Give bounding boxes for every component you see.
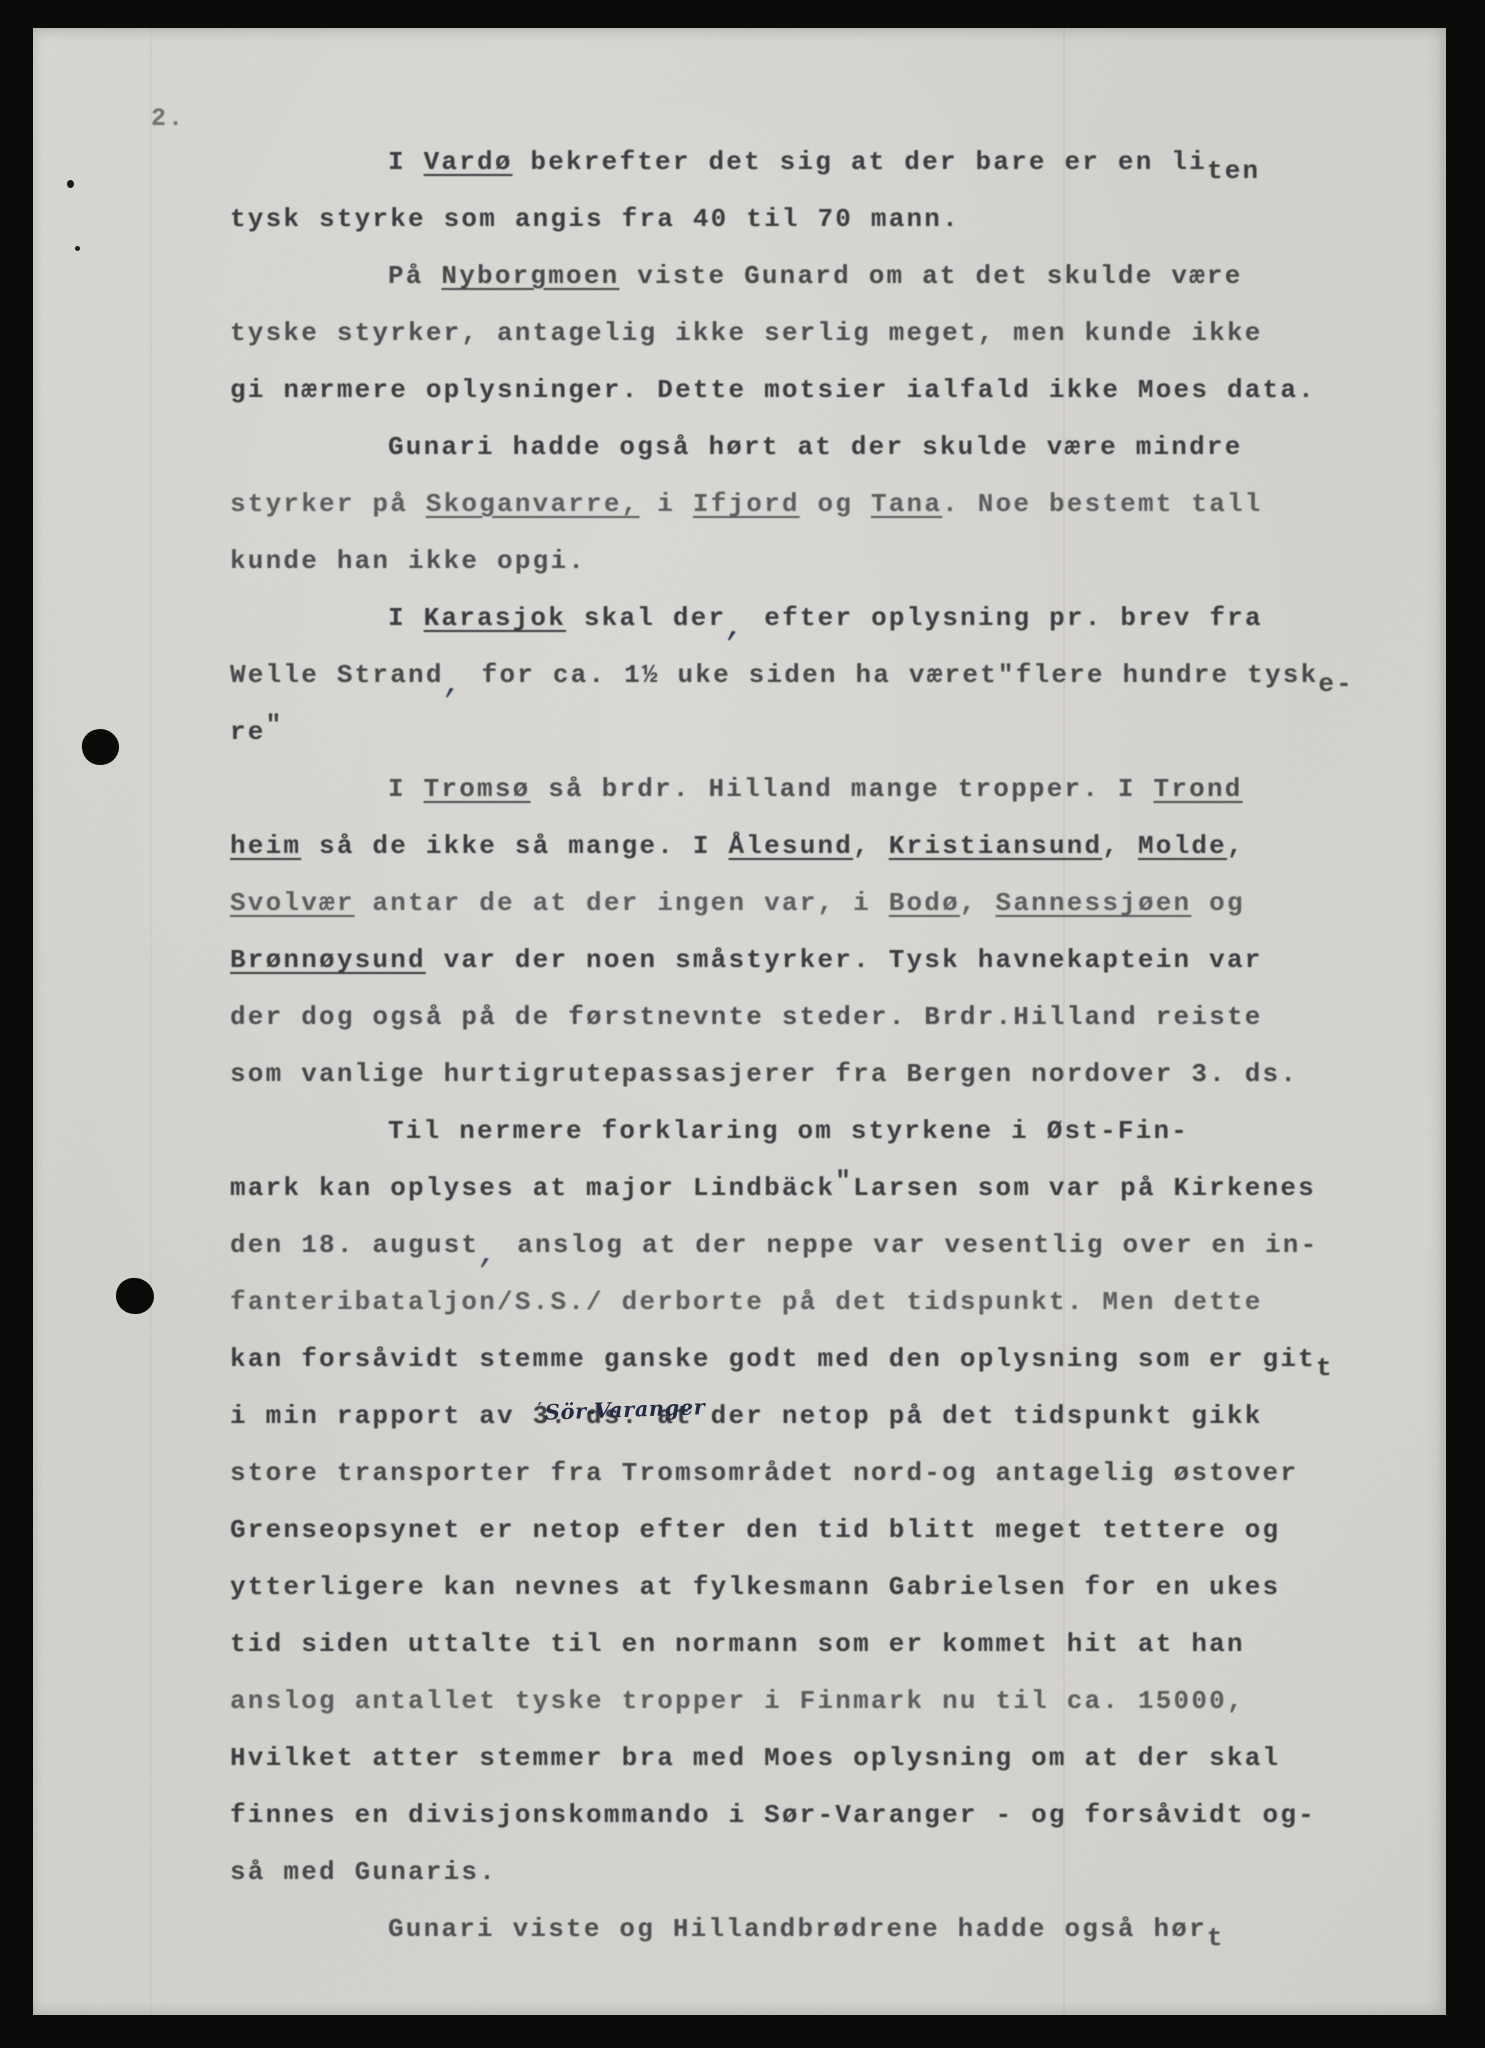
underlined-text: Skoganvarre, (426, 489, 640, 519)
document-body: I Vardø bekrefter det sig at der bare er… (230, 134, 1380, 1958)
ink-speck (75, 246, 80, 251)
hole-punch-top (80, 727, 122, 768)
text-segment: tyske styrker, antagelig ikke serlig meg… (230, 318, 1263, 348)
text-line: store transporter fra Tromsområdet nord-… (230, 1445, 1380, 1502)
underlined-text: Tromsø (424, 774, 531, 804)
page-number: 2. (151, 104, 185, 133)
text-line: Gunari hadde også hørt at der skulde vær… (230, 419, 1380, 476)
text-segment: t (1316, 1340, 1334, 1397)
text-line: ytterligere kan nevnes at fylkesmann Gab… (230, 1559, 1380, 1616)
paper-crease-left (150, 28, 152, 2015)
text-line: tyske styrker, antagelig ikke serlig meg… (230, 305, 1380, 362)
text-segment: I (388, 603, 424, 633)
insertion-mark-icon: ′ (538, 1399, 543, 1418)
text-segment: " (266, 697, 284, 754)
text-segment: På (388, 261, 441, 291)
text-line: i min rapport av 3. ds. at der netop på … (230, 1388, 1380, 1445)
text-segment: gi nærmere oplysninger. Dette motsier ia… (230, 375, 1316, 405)
text-segment: i (639, 489, 692, 519)
text-line: Brønnøysund var der noen småstyrker. Tys… (230, 932, 1380, 989)
text-segment: viste Gunard om at det skulde være (619, 261, 1242, 291)
text-segment: efter oplysning pr. brev fra (746, 603, 1262, 633)
underlined-text: Kristiansund (889, 831, 1103, 861)
text-segment: I (388, 774, 424, 804)
text-segment: så brdr. Hilland mange tropper. I (530, 774, 1153, 804)
text-line: I Tromsø så brdr. Hilland mange tropper.… (230, 761, 1380, 818)
text-segment: Welle Strand (230, 660, 444, 690)
text-line: Svolvær antar de at der ingen var, i Bod… (230, 875, 1380, 932)
text-line: finnes en divisjonskommando i Sør-Varang… (230, 1787, 1380, 1844)
underlined-text: Ifjord (693, 489, 800, 519)
underlined-text: Tana (871, 489, 942, 519)
text-segment: Gunari hadde også hørt at der skulde vær… (388, 432, 1243, 462)
text-segment: Larsen som var på Kirkenes (853, 1173, 1316, 1203)
text-line: Welle Strand, for ca. 1½ uke siden ha væ… (230, 647, 1380, 704)
text-segment: og (800, 489, 871, 519)
text-segment: anslog at der neppe var vesentlig over e… (499, 1230, 1318, 1260)
text-line: I Karasjok skal der, efter oplysning pr.… (230, 590, 1380, 647)
text-line: styrker på Skoganvarre, i Ifjord og Tana… (230, 476, 1380, 533)
text-line: Til nermere forklaring om styrkene i Øst… (230, 1103, 1380, 1160)
underlined-text: heim (230, 831, 301, 861)
underlined-text: Bodø (889, 888, 960, 918)
text-segment: e- (1318, 656, 1354, 713)
text-segment: kunde han ikke opgi. (230, 546, 586, 576)
text-segment: anslog antallet tyske tropper i Finmark … (230, 1686, 1245, 1716)
text-segment: fanteribataljon/S.S./ derborte på det ti… (230, 1287, 1263, 1317)
text-line: I Vardø bekrefter det sig at der bare er… (230, 134, 1380, 191)
text-line: mark kan oplyses at major Lindbäck"Larse… (230, 1160, 1380, 1217)
underlined-text: Brønnøysund (230, 945, 426, 975)
paper-sheet: 2. I Vardø bekrefter det sig at der bare… (33, 28, 1446, 2015)
text-segment: tid siden uttalte til en normann som er … (230, 1629, 1245, 1659)
underlined-text: Ålesund (728, 831, 853, 861)
text-segment: Til nermere forklaring om styrkene i Øst… (388, 1116, 1189, 1146)
text-segment: finnes en divisjonskommando i Sør-Varang… (230, 1800, 1316, 1830)
text-line: Grenseopsynet er netop efter den tid bli… (230, 1502, 1380, 1559)
text-segment: " (835, 1153, 853, 1210)
text-segment: tysk styrke som angis fra 40 til 70 mann… (230, 204, 960, 234)
text-segment: Gunari viste og Hillandbrødrene hadde og… (388, 1914, 1207, 1944)
underlined-text: Sannessjøen (996, 888, 1192, 918)
text-line: gi nærmere oplysninger. Dette motsier ia… (230, 362, 1380, 419)
text-segment: der dog også på de førstnevnte steder. B… (230, 1002, 1263, 1032)
text-segment: . Noe bestemt tall (942, 489, 1262, 519)
text-segment: t (1207, 1910, 1225, 1967)
text-segment: for ca. 1½ uke siden ha været"flere hund… (464, 660, 1319, 690)
text-line: så med Gunaris. (230, 1844, 1380, 1901)
text-segment: mark kan oplyses at major Lindbäck (230, 1173, 835, 1203)
text-segment: , (1102, 831, 1138, 861)
scan-background: 2. I Vardø bekrefter det sig at der bare… (0, 0, 1485, 2048)
text-line: Gunari viste og Hillandbrødrene hadde og… (230, 1901, 1380, 1958)
text-segment: ten (1207, 143, 1260, 200)
text-segment: i min rapport av 3. ds. at der netop på … (230, 1401, 1263, 1431)
text-segment: som vanlige hurtigrutepassasjerer fra Be… (230, 1059, 1298, 1089)
underlined-text: Svolvær (230, 888, 355, 918)
text-line: anslog antallet tyske tropper i Finmark … (230, 1673, 1380, 1730)
text-segment: så med Gunaris. (230, 1857, 497, 1887)
text-segment: Grenseopsynet er netop efter den tid bli… (230, 1515, 1280, 1545)
text-segment: , (853, 831, 889, 861)
underlined-text: Molde (1138, 831, 1227, 861)
text-segment: var der noen småstyrker. Tysk havnekapte… (426, 945, 1263, 975)
text-line: kunde han ikke opgi. (230, 533, 1380, 590)
text-segment: re (230, 717, 266, 747)
text-line: re" (230, 704, 1380, 761)
underlined-text: Nyborgmoen (441, 261, 619, 291)
text-segment: styrker på (230, 489, 426, 519)
text-segment: ytterligere kan nevnes at fylkesmann Gab… (230, 1572, 1280, 1602)
text-segment: bekrefter det sig at der bare er en li (513, 147, 1207, 177)
text-line: heim så de ikke så mange. I Ålesund, Kri… (230, 818, 1380, 875)
underlined-text: Vardø (424, 147, 513, 177)
text-segment: så de ikke så mange. I (301, 831, 728, 861)
text-line: som vanlige hurtigrutepassasjerer fra Be… (230, 1046, 1380, 1103)
text-segment: , (1227, 831, 1245, 861)
text-line: kan forsåvidt stemme ganske godt med den… (230, 1331, 1380, 1388)
text-line: der dog også på de førstnevnte steder. B… (230, 989, 1380, 1046)
text-segment: , (960, 888, 996, 918)
text-segment: den 18. august (230, 1230, 479, 1260)
ink-speck (67, 180, 74, 188)
underlined-text: Trond (1154, 774, 1243, 804)
text-segment: skal der (566, 603, 726, 633)
text-line: fanteribataljon/S.S./ derborte på det ti… (230, 1274, 1380, 1331)
text-segment: Hvilket atter stemmer bra med Moes oplys… (230, 1743, 1280, 1773)
text-segment: antar de at der ingen var, i (355, 888, 889, 918)
text-segment: I (388, 147, 424, 177)
text-line: På Nyborgmoen viste Gunard om at det sku… (230, 248, 1380, 305)
text-segment: store transporter fra Tromsområdet nord-… (230, 1458, 1298, 1488)
text-segment: kan forsåvidt stemme ganske godt med den… (230, 1344, 1316, 1374)
text-line: Hvilket atter stemmer bra med Moes oplys… (230, 1730, 1380, 1787)
text-line: tid siden uttalte til en normann som er … (230, 1616, 1380, 1673)
text-segment: og (1191, 888, 1244, 918)
text-line: den 18. august, anslog at der neppe var … (230, 1217, 1380, 1274)
underlined-text: Karasjok (424, 603, 566, 633)
